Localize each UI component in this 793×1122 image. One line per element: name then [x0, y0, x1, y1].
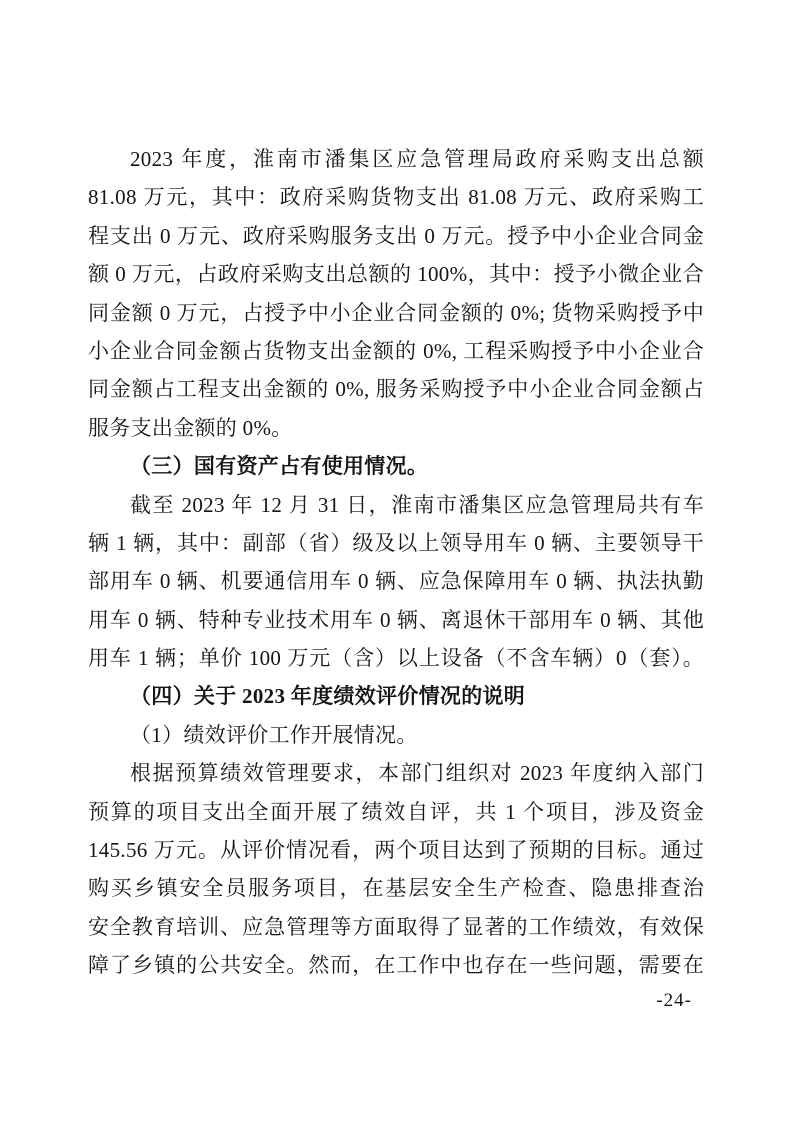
- document-page: 2023 年度，淮南市潘集区应急管理局政府采购支出总额 81.08 万元，其中：…: [0, 0, 793, 1122]
- document-content: 2023 年度，淮南市潘集区应急管理局政府采购支出总额 81.08 万元，其中：…: [88, 140, 704, 1013]
- paragraph-line: 辆 1 辆，其中：副部（省）级及以上领导用车 0 辆、主要领导干: [88, 524, 704, 562]
- section-heading-performance-evaluation: （四）关于 2023 年度绩效评价情况的说明: [88, 677, 704, 715]
- page-number: -24-: [88, 989, 704, 1013]
- paragraph-line: 程支出 0 万元、政府采购服务支出 0 万元。授予中小企业合同金: [88, 217, 704, 255]
- paragraph-line: 81.08 万元，其中：政府采购货物支出 81.08 万元、政府采购工: [88, 178, 704, 216]
- paragraph-line: 根据预算绩效管理要求，本部门组织对 2023 年度纳入部门: [88, 754, 704, 792]
- subsection-heading: （1）绩效评价工作开展情况。: [88, 716, 704, 754]
- paragraph-line: 同金额 0 万元，占授予中小企业合同金额的 0%; 货物采购授予中: [88, 294, 704, 332]
- paragraph-line: 2023 年度，淮南市潘集区应急管理局政府采购支出总额: [88, 140, 704, 178]
- paragraph-line: 安全教育培训、应急管理等方面取得了显著的工作绩效，有效保: [88, 908, 704, 946]
- paragraph-line: 额 0 万元，占政府采购支出总额的 100%，其中：授予小微企业合: [88, 255, 704, 293]
- paragraph-line: 用车 1 辆；单价 100 万元（含）以上设备（不含车辆）0（套）。: [88, 639, 704, 677]
- paragraph-line: 障了乡镇的公共安全。然而，在工作中也存在一些问题，需要在: [88, 946, 704, 984]
- paragraph-line: 145.56 万元。从评价情况看，两个项目达到了预期的目标。通过: [88, 831, 704, 869]
- paragraph-line: 小企业合同金额占货物支出金额的 0%, 工程采购授予中小企业合: [88, 332, 704, 370]
- paragraph-line: 部用车 0 辆、机要通信用车 0 辆、应急保障用车 0 辆、执法执勤: [88, 562, 704, 600]
- paragraph-line: 服务支出金额的 0%。: [88, 409, 704, 447]
- paragraph-line: 预算的项目支出全面开展了绩效自评，共 1 个项目，涉及资金: [88, 793, 704, 831]
- paragraph-line: 同金额占工程支出金额的 0%, 服务采购授予中小企业合同金额占: [88, 370, 704, 408]
- paragraph-line: 购买乡镇安全员服务项目，在基层安全生产检查、隐患排查治理、: [88, 869, 704, 907]
- paragraph-line: 用车 0 辆、特种专业技术用车 0 辆、离退休干部用车 0 辆、其他: [88, 601, 704, 639]
- paragraph-line: 截至 2023 年 12 月 31 日，淮南市潘集区应急管理局共有车: [88, 486, 704, 524]
- section-heading-state-assets: （三）国有资产占有使用情况。: [88, 447, 704, 485]
